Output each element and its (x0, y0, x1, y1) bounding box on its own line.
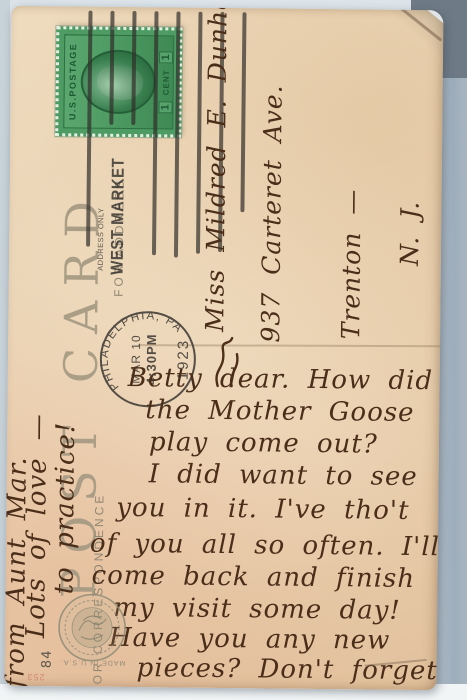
message-line: Have you any new (109, 625, 391, 654)
stamp-value-label: CENT (161, 69, 170, 95)
embossed-seal-icon (55, 590, 130, 665)
edge-message-line: to practice! (51, 422, 79, 595)
catalog-number: 253 (26, 672, 44, 682)
portrait-silhouette (94, 63, 145, 103)
message-line: I did want to see (149, 461, 418, 490)
message-line: you in it. I've tho't (116, 495, 409, 524)
stamp-numeral-right: 1 (159, 51, 173, 63)
message-line: play come out? (149, 429, 378, 457)
message-line: of you all so often. I'll (90, 531, 440, 561)
address-line-street: 937 Carteret Ave. (258, 84, 286, 342)
pencil-number: 84 (41, 650, 55, 669)
message-line: pieces? Don't forget (137, 655, 438, 684)
message-line: the Mother Goose (145, 397, 414, 426)
cancellation-bar (240, 12, 246, 212)
message-line: come back and finish (91, 563, 415, 592)
made-in-label: MADE IN U.S.A. (57, 658, 129, 666)
address-line-state: N. J. (397, 201, 423, 266)
postage-stamp: U.S.POSTAGE 1 CENT 1 (55, 26, 182, 137)
message-line: Betty dear. How did (128, 365, 434, 394)
washington-portrait-icon (80, 49, 156, 114)
stamp-numeral-left: 1 (158, 101, 172, 113)
cancel-slogan-small: ADDRESS ONLY (97, 125, 107, 271)
stamp-country-label: U.S.POSTAGE (67, 43, 78, 120)
edge-message-line: from Aunt Mar. (4, 456, 30, 688)
address-line-city: Trenton — (338, 189, 365, 340)
cancel-slogan-large: WEST MARKET (109, 125, 130, 275)
corner-notch (427, 10, 443, 23)
message-line: my visit some day! (113, 595, 401, 624)
postcard-scan: POST CARD FOR ADDRESS FOR CORRESPONDENCE… (4, 6, 443, 690)
stamp-value-row: 1 CENT 1 (158, 51, 173, 113)
address-line-name: Miss Mildred E. Dunham, (202, 6, 231, 332)
